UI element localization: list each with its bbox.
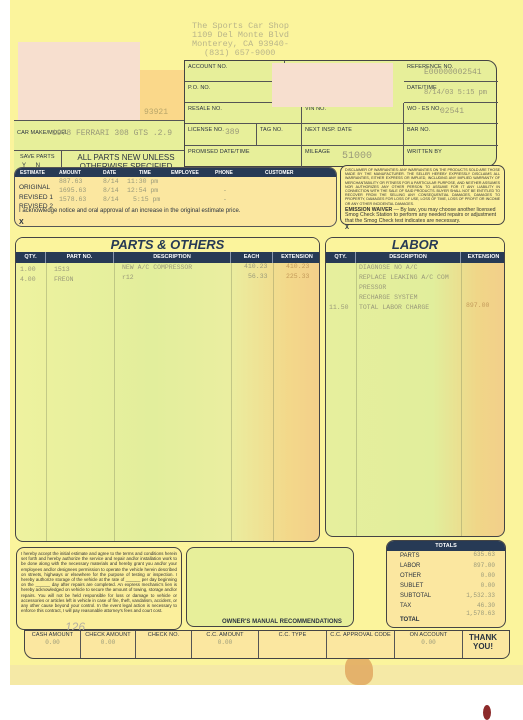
stain xyxy=(483,705,491,720)
redacted-account-info xyxy=(272,63,393,107)
estimate-revised1-label: REVISED 1 xyxy=(19,194,53,201)
terms-text: I hereby accept the initial estimate and… xyxy=(21,551,177,613)
customer-zip: 93921 xyxy=(144,108,168,117)
emission-waiver: EMISSION WAIVER — By law, you may choose… xyxy=(345,208,500,225)
check-no-field: CHECK NO. xyxy=(136,631,192,658)
owners-manual-box xyxy=(186,547,354,627)
shop-address: The Sports Car Shop 1109 Del Monte Blvd … xyxy=(192,22,289,58)
cc-approval-field: C.C. APPROVAL CODE xyxy=(327,631,395,658)
labor-row: REPLACE LEAKING A/C COM xyxy=(359,274,449,281)
estimate-original-label: ORIGINAL xyxy=(19,184,50,191)
car-make-model-field: CAR MAKE/MODEL 1978 FERRARI 308 GTS .2.9 xyxy=(14,120,184,150)
parts-col-description: DESCRIPTION xyxy=(114,252,231,263)
check-amount-field: CHECK AMOUNT0.00 xyxy=(81,631,136,658)
payment-row: CASH AMOUNT0.00 CHECK AMOUNT0.00 CHECK N… xyxy=(24,630,510,659)
totals-title: TOTALS xyxy=(387,541,505,551)
mileage-field: MILEAGE51000 xyxy=(302,146,404,167)
disclaimer-box: Disclaimer of warranties: any warranties… xyxy=(340,165,505,225)
authorization-terms: I hereby accept the initial estimate and… xyxy=(16,547,182,630)
shop-phone: (831) 657-9000 xyxy=(192,49,289,58)
totals-box: TOTALS PARTS 635.63 LABOR 897.00 OTHER 0… xyxy=(386,540,506,628)
redacted-customer-info xyxy=(18,42,140,130)
account-no-field: ACCOUNT NO. xyxy=(185,61,285,82)
license-no-field: LICENSE NO.389 xyxy=(185,124,257,146)
estimate-header: ESTIMATE AMOUNT DATE TIME EMPLOYEE PHONE… xyxy=(15,168,336,177)
stain xyxy=(345,655,373,685)
next-insp-field: NEXT INSP. DATE xyxy=(302,124,404,146)
parts-col-extension: EXTENSION xyxy=(273,252,320,263)
cash-amount-field: CASH AMOUNT0.00 xyxy=(25,631,81,658)
thank-you-text: THANK YOU! xyxy=(463,631,503,658)
parts-panel: PARTS & OTHERS QTY. PART NO. DESCRIPTION… xyxy=(15,237,320,542)
customer-strip: 93921 xyxy=(140,70,184,120)
labor-row: RECHARGE SYSTEM xyxy=(359,294,418,301)
cc-amount-field: C.C. AMOUNT0.00 xyxy=(192,631,259,658)
owners-manual-label: OWNER'S MANUAL RECOMMENDATIONS xyxy=(222,619,342,625)
labor-row: PRESSOR xyxy=(359,284,386,291)
paper-bottom-edge xyxy=(10,665,523,685)
labor-row: TOTAL LABOR CHARGE xyxy=(359,304,429,311)
parts-col-part-no: PART NO. xyxy=(46,252,114,263)
parts-col-qty: QTY. xyxy=(16,252,46,263)
date-time-field: DATE/TIME8/14/03 5:15 pm xyxy=(404,82,498,103)
po-no-field: P.O. NO. xyxy=(185,82,285,103)
disclaimer-text: Disclaimer of warranties: any warranties… xyxy=(345,168,500,206)
estimate-signature-line[interactable]: X xyxy=(19,219,24,226)
labor-row: DIAGNOSE NO A/C xyxy=(359,264,418,271)
on-account-field: ON ACCOUNT0.00 xyxy=(395,631,463,658)
parts-col-each: EACH xyxy=(231,252,273,263)
labor-col-qty: QTY. xyxy=(326,252,356,263)
bar-no-field: BAR NO. xyxy=(404,124,498,146)
labor-col-description: DESCRIPTION xyxy=(356,252,461,263)
labor-col-extension: EXTENSION xyxy=(461,252,505,263)
cc-type-field: C.C. TYPE xyxy=(259,631,327,658)
estimate-box: ESTIMATE AMOUNT DATE TIME EMPLOYEE PHONE… xyxy=(14,167,337,227)
wo-es-no-field: WO - ES NO.02541 xyxy=(404,103,498,124)
promised-field: PROMISED DATE/TIME xyxy=(185,146,302,167)
estimate-acknowledge-text: I acknowledge notice and oral approval o… xyxy=(19,208,240,214)
written-by-field: WRITTEN BY xyxy=(404,146,498,167)
tag-no-field: TAG NO. xyxy=(257,124,302,146)
reference-no-field: REFERENCE NO.E00000002541 xyxy=(404,61,498,82)
labor-panel: LABOR QTY. DESCRIPTION EXTENSION DIAGNOS… xyxy=(325,237,505,537)
disclaimer-signature-line[interactable]: X xyxy=(345,225,500,231)
labor-title: LABOR xyxy=(326,238,504,252)
parts-title: PARTS & OTHERS xyxy=(16,238,319,252)
